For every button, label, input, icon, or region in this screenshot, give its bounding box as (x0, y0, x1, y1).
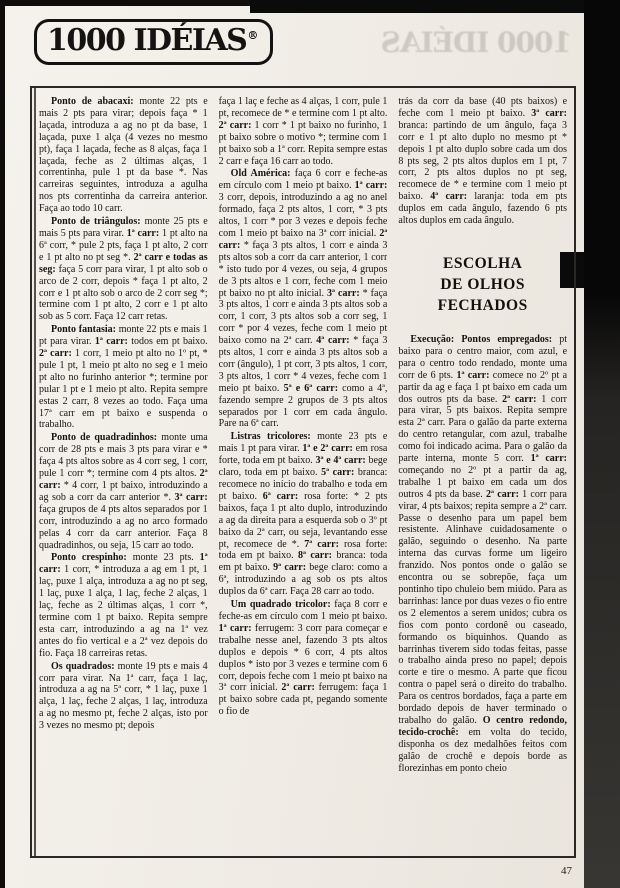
text-column-3: trás da corr da base (40 pts baixos) e f… (398, 96, 567, 848)
instruction-paragraph: Ponto de abacaxi: monte 22 pts e mais 2 … (39, 96, 208, 215)
scan-border-top (250, 0, 620, 13)
scan-border-right (584, 0, 620, 888)
instruction-paragraph: Ponto de quadradinhos: monte uma corr de… (39, 432, 208, 551)
instruction-paragraph: Ponto fantasia: monte 22 pts e mais 1 pt… (39, 324, 208, 431)
text-column-2: faça 1 laç e feche as 4 alças, 1 corr, p… (219, 96, 388, 848)
instruction-paragraph: Um quadrado tricolor: faça 8 corr e fech… (219, 599, 388, 718)
instruction-paragraph: Execução: Pontos empregados: pt baixo pa… (398, 334, 567, 775)
logo-showthrough: 1000 IDÉIAS (372, 26, 572, 59)
page-number: 47 (561, 865, 572, 877)
magazine-logo-box: 1000 IDÉIAS® (34, 19, 273, 65)
registered-trademark-symbol: ® (247, 29, 258, 42)
instruction-paragraph: Ponto de triângulos: monte 25 pts e mais… (39, 216, 208, 323)
section-heading: ESCOLHADE OLHOSFECHADOS (398, 253, 567, 316)
instruction-paragraph: Os quadrados: monte 19 pts e mais 4 corr… (39, 661, 208, 732)
text-column-1: Ponto de abacaxi: monte 22 pts e mais 2 … (39, 96, 208, 848)
magazine-logo-text: 1000 IDÉIAS® (47, 23, 258, 58)
instruction-paragraph: Ponto crespinho: monte 23 pts. 1ª carr: … (39, 552, 208, 659)
article-text-box: Ponto de abacaxi: monte 22 pts e mais 2 … (30, 86, 576, 858)
instruction-paragraph: Old América: faça 6 corr e feche-as em c… (219, 168, 388, 430)
instruction-paragraph: trás da corr da base (40 pts baixos) e f… (398, 96, 567, 227)
instruction-paragraph: faça 1 laç e feche as 4 alças, 1 corr, p… (219, 96, 388, 167)
instruction-paragraph: Listras tricolores: monte 23 pts e mais … (219, 431, 388, 598)
